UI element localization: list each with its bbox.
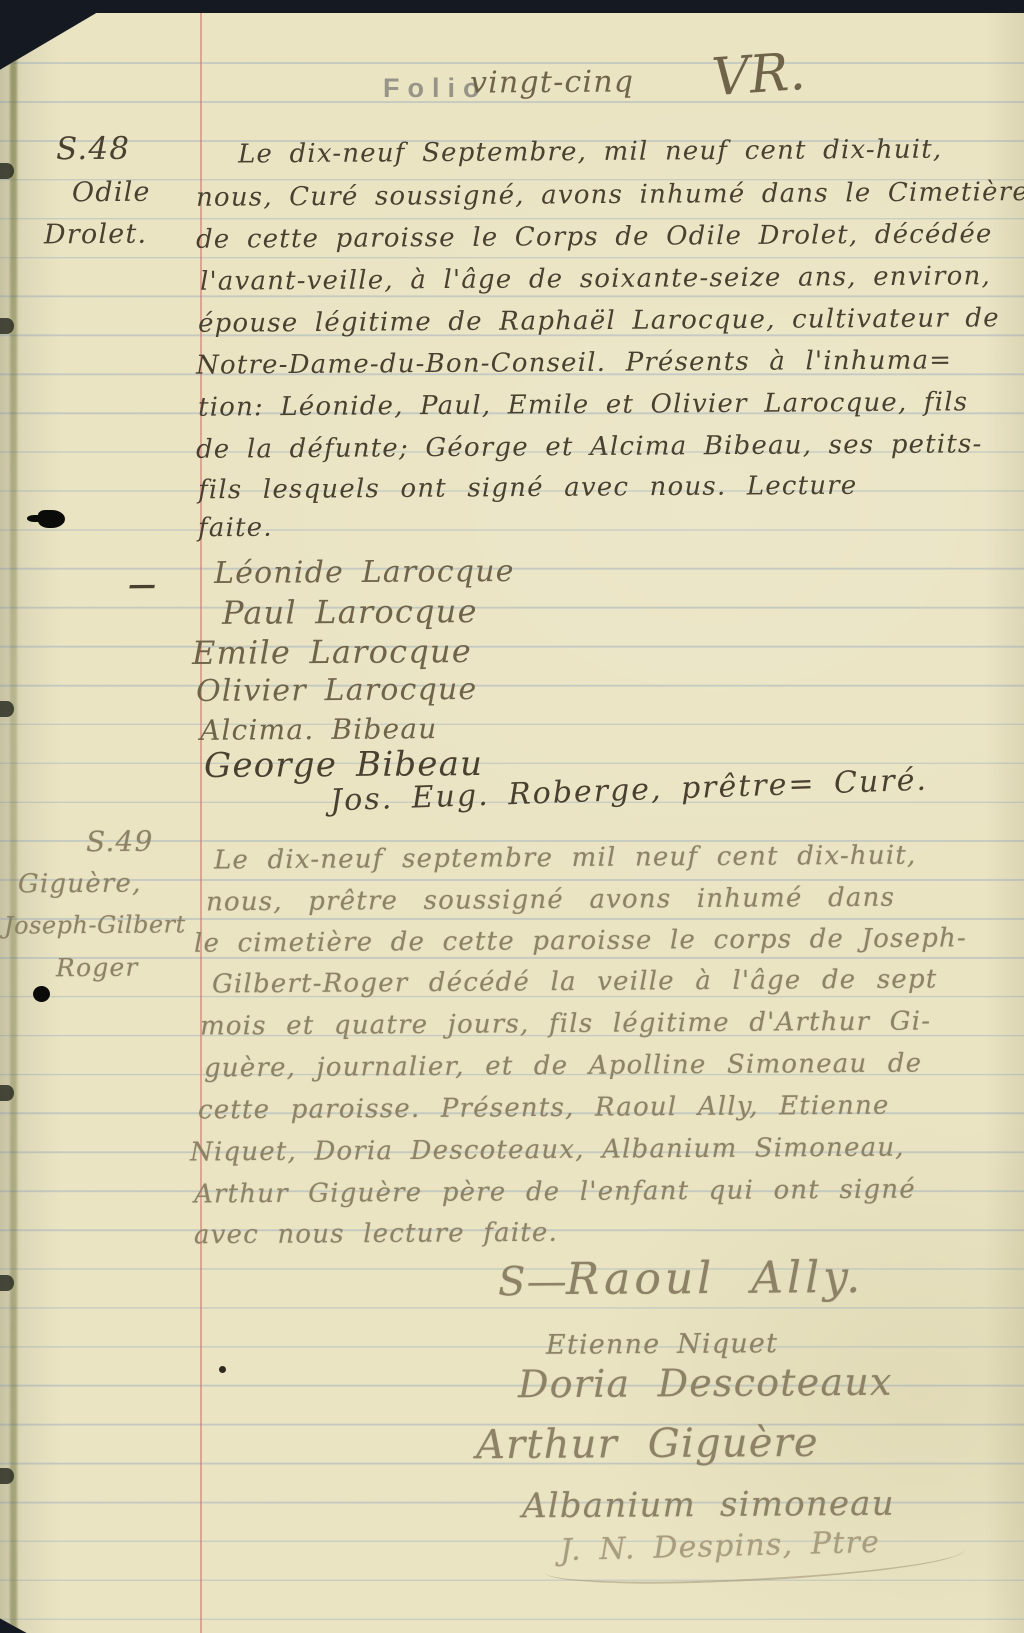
paper-sheet: Folio vingt-cinq VR. S.48 Odile Drolet. …	[0, 13, 1024, 1633]
record2-margin-name2: Joseph-Gilbert	[4, 910, 186, 939]
signature: Doria Descoteaux	[518, 1360, 893, 1407]
record2-line: avec nous lecture faite.	[194, 1218, 558, 1251]
signature: Raoul Ally.	[566, 1252, 865, 1305]
signature-dash: —	[128, 568, 157, 601]
binding-mark	[0, 1275, 14, 1291]
record2-line: guère, journalier, et de Apolline Simone…	[204, 1048, 922, 1083]
record1-line: nous, Curé soussigné, avons inhumé dans …	[196, 177, 1024, 213]
record1-line: Notre-Dame-du-Bon-Conseil. Présents à l'…	[196, 345, 952, 380]
record2-line: Arthur Giguère père de l'enfant qui ont …	[194, 1174, 916, 1209]
binding-mark	[0, 318, 14, 334]
record2-line: mois et quatre jours, fils légitime d'Ar…	[200, 1006, 931, 1041]
record1-line: fils lesquels ont signé avec nous. Lectu…	[198, 471, 858, 506]
record1-line: de la défunte; Géorge et Alcima Bibeau, …	[196, 429, 983, 464]
record1-line: de cette paroisse le Corps de Odile Drol…	[196, 219, 993, 255]
binding-mark	[0, 163, 14, 179]
record1-margin-name1: Odile	[72, 177, 151, 209]
signature: Etienne Niquet	[546, 1328, 778, 1361]
scanned-register-page: Folio vingt-cinq VR. S.48 Odile Drolet. …	[0, 0, 1024, 1633]
signature: Emile Larocque	[192, 632, 472, 672]
binding-mark	[0, 1085, 14, 1101]
record1-line: Le dix-neuf Septembre, mil neuf cent dix…	[238, 135, 943, 170]
binding-mark	[0, 701, 14, 717]
binding-edge-shadow	[10, 41, 17, 1633]
record1-line: faite.	[198, 513, 273, 544]
record2-margin-number: S.49	[86, 825, 154, 858]
signature: Albanium simoneau	[522, 1484, 895, 1527]
record2-margin-name3: Roger	[56, 953, 139, 983]
signature: Paul Larocque	[222, 592, 478, 632]
record2-line: Le dix-neuf septembre mil neuf cent dix-…	[214, 841, 917, 876]
record1-margin-number: S.48	[56, 131, 130, 168]
binding-mark	[0, 1468, 14, 1484]
record1-line: épouse légitime de Raphaël Larocque, cul…	[198, 303, 1000, 339]
record1-line: tion: Léonide, Paul, Emile et Olivier La…	[198, 387, 968, 422]
signature-flourish: S—	[498, 1259, 568, 1305]
record1-line: l'avant-veille, à l'âge de soixante-seiz…	[200, 261, 991, 297]
signature: Léonide Larocque	[214, 554, 515, 591]
ink-blot	[219, 1366, 226, 1373]
record2-line: cette paroisse. Présents, Raoul Ally, Et…	[198, 1091, 890, 1126]
folio-number-handwritten: vingt-cinq	[470, 64, 634, 100]
signature: Arthur Giguère	[476, 1420, 819, 1468]
record2-line: Niquet, Doria Descoteaux, Albanium Simon…	[190, 1133, 905, 1168]
hole-punch	[38, 510, 65, 528]
monogram: VR.	[710, 42, 807, 108]
record2-margin-name1: Giguère,	[18, 869, 142, 900]
signature: Alcima. Bibeau	[200, 712, 438, 747]
record2-line: le cimetière de cette paroisse le corps …	[194, 923, 967, 958]
signature: Olivier Larocque	[196, 672, 478, 709]
record2-line: Gilbert-Roger décédé la veille à l'âge d…	[212, 964, 938, 999]
hole-punch	[33, 986, 50, 1002]
record1-margin-name2: Drolet.	[44, 219, 147, 251]
red-margin-rule	[200, 13, 202, 1633]
record2-line: nous, prêtre soussigné avons inhumé dans	[206, 883, 895, 918]
